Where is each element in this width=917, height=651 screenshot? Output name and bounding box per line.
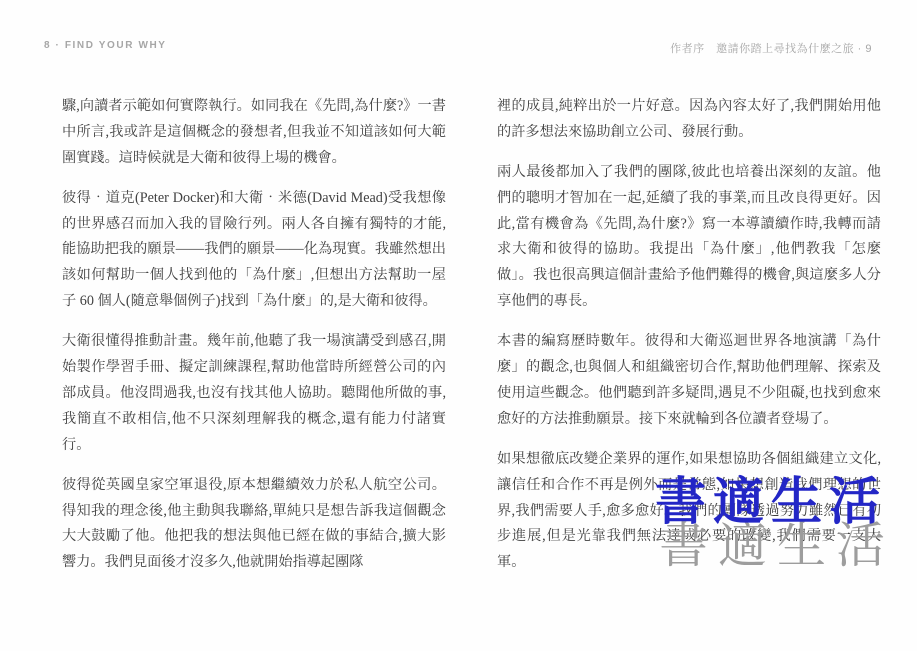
paragraph: 裡的成員,純粹出於一片好意。因為內容太好了,我們開始用他的許多想法來協助創立公司… [497,94,881,146]
paragraph: 大衛很懂得推動計畫。幾年前,他聽了我一場演講受到感召,開始製作學習手冊、擬定訓練… [62,329,446,458]
left-page-text: 驟,向讀者示範如何實際執行。如同我在《先問,為什麼?》一書中所言,我或許是這個概… [62,94,446,591]
running-head-left: 8 · FIND YOUR WHY [44,40,167,51]
paragraph: 驟,向讀者示範如何實際執行。如同我在《先問,為什麼?》一書中所言,我或許是這個概… [62,94,446,171]
paragraph: 兩人最後都加入了我們的團隊,彼此也培養出深刻的友誼。他們的聰明才智加在一起,延續… [497,160,881,315]
paragraph: 如果想徹底改變企業界的運作,如果想協助各個組織建立文化,讓信任和合作不再是例外而… [497,447,881,576]
paragraph: 本書的編寫歷時數年。彼得和大衛巡迴世界各地演講「為什麼」的觀念,也與個人和組織密… [497,329,881,432]
running-head-right: 作者序 邀請你踏上尋找為什麼之旅 · 9 [670,40,872,56]
right-page-text: 裡的成員,純粹出於一片好意。因為內容太好了,我們開始用他的許多想法來協助創立公司… [497,94,881,591]
paragraph: 彼得從英國皇家空軍退役,原本想繼續效力於私人航空公司。得知我的理念後,他主動與我… [62,473,446,576]
book-page-spread: 8 · FIND YOUR WHY 作者序 邀請你踏上尋找為什麼之旅 · 9 驟… [0,0,917,651]
paragraph: 彼得‧道克(Peter Docker)和大衛‧米德(David Mead)受我想… [62,186,446,315]
